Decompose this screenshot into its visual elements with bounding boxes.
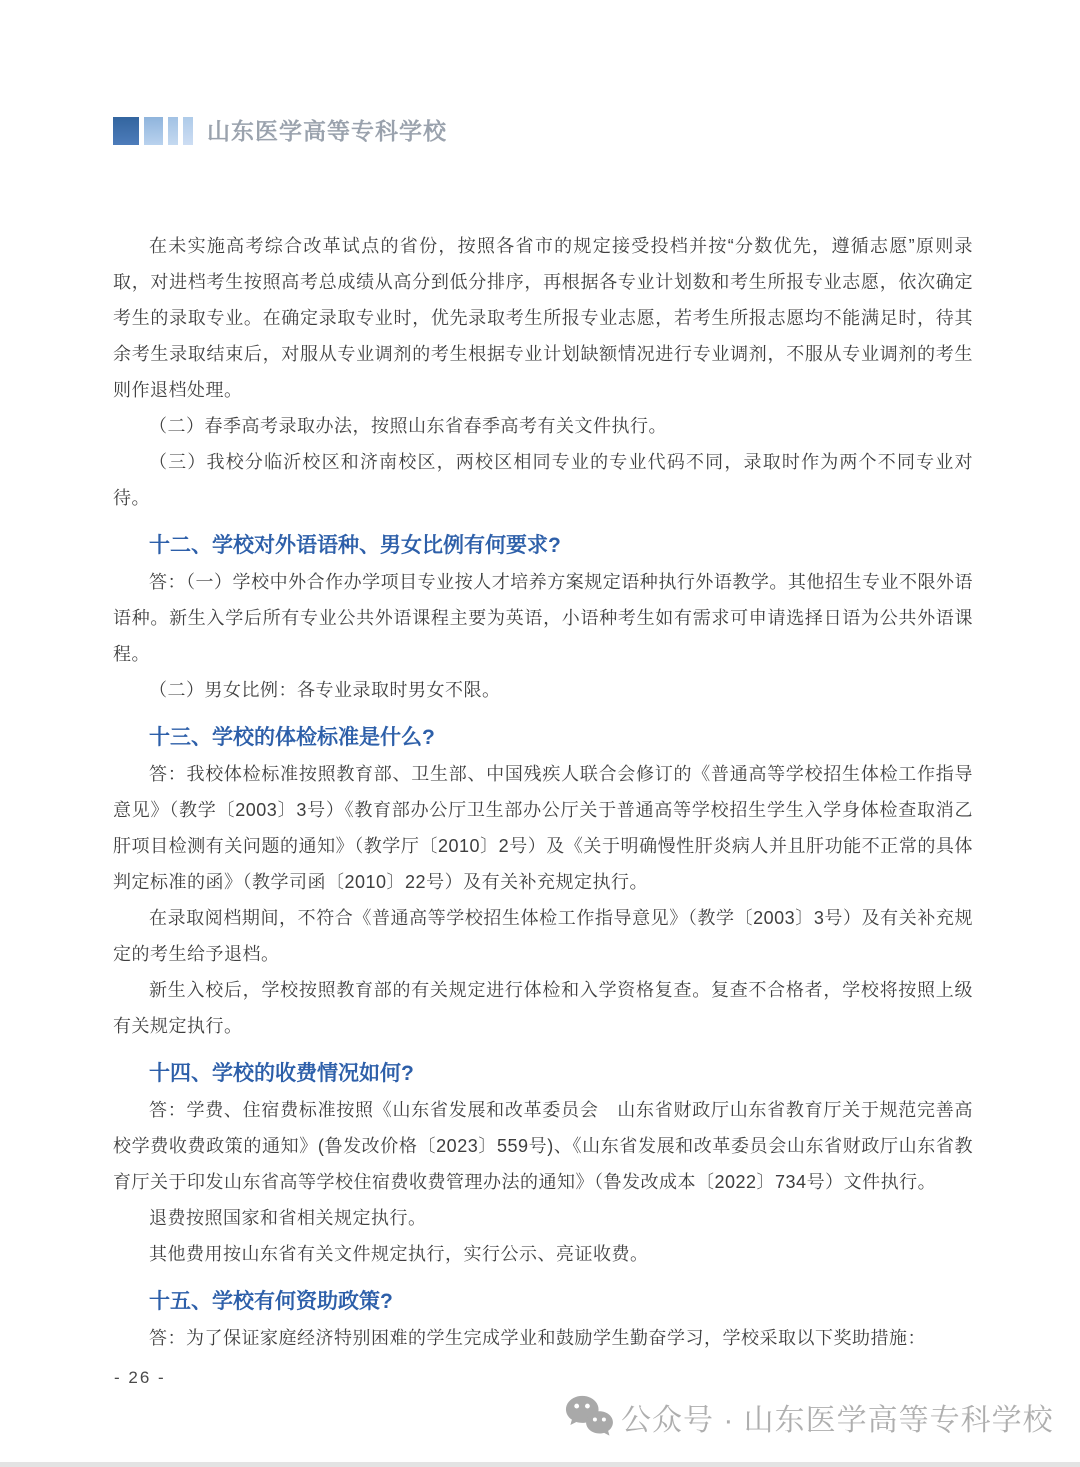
section-heading: 十四、学校的收费情况如何? xyxy=(113,1056,973,1092)
wechat-icon xyxy=(563,1394,613,1440)
watermark-text: 公众号 · 山东医学高等专科学校 xyxy=(621,1395,1054,1439)
school-logo-icon xyxy=(113,117,198,145)
paragraph: 其他费用按山东省有关文件规定执行，实行公示、亮证收费。 xyxy=(113,1236,973,1272)
page-header: 山东医学高等专科学校 xyxy=(113,117,447,145)
section-heading: 十三、学校的体检标准是什么? xyxy=(113,720,973,756)
paragraph: 在未实施高考综合改革试点的省份，按照各省市的规定接受投档并按“分数优先，遵循志愿… xyxy=(113,228,973,408)
document-body: 在未实施高考综合改革试点的省份，按照各省市的规定接受投档并按“分数优先，遵循志愿… xyxy=(113,228,973,1356)
section-heading: 十五、学校有何资助政策? xyxy=(113,1284,973,1320)
faq-section-13: 十三、学校的体检标准是什么? 答：我校体检标准按照教育部、卫生部、中国残疾人联合… xyxy=(113,720,973,1044)
section-heading: 十二、学校对外语语种、男女比例有何要求? xyxy=(113,528,973,564)
paragraph: 答：我校体检标准按照教育部、卫生部、中国残疾人联合会修订的《普通高等学校招生体检… xyxy=(113,756,973,900)
paragraph: 新生入校后，学校按照教育部的有关规定进行体检和入学资格复查。复查不合格者，学校将… xyxy=(113,972,973,1044)
page-number: - 26 - xyxy=(114,1368,166,1388)
school-name: 山东医学高等专科学校 xyxy=(207,117,447,145)
faq-section-15: 十五、学校有何资助政策? 答：为了保证家庭经济特别困难的学生完成学业和鼓励学生勤… xyxy=(113,1284,973,1356)
page-bottom-edge xyxy=(0,1462,1080,1467)
logo-square-3 xyxy=(168,117,178,145)
logo-square-1 xyxy=(113,117,139,145)
logo-square-2 xyxy=(144,117,163,145)
document-page: 山东医学高等专科学校 在未实施高考综合改革试点的省份，按照各省市的规定接受投档并… xyxy=(0,0,1080,1467)
paragraph: 答：（一）学校中外合作办学项目专业按人才培养方案规定语种执行外语教学。其他招生专… xyxy=(113,564,973,672)
logo-square-4 xyxy=(183,117,193,145)
faq-section-14: 十四、学校的收费情况如何? 答：学费、住宿费标准按照《山东省发展和改革委员会 山… xyxy=(113,1056,973,1272)
watermark: 公众号 · 山东医学高等专科学校 xyxy=(563,1394,1054,1440)
paragraph: 答：学费、住宿费标准按照《山东省发展和改革委员会 山东省财政厅山东省教育厅关于规… xyxy=(113,1092,973,1200)
paragraph: （二）春季高考录取办法，按照山东省春季高考有关文件执行。 xyxy=(113,408,973,444)
paragraph: 在录取阅档期间，不符合《普通高等学校招生体检工作指导意见》（教学〔2003〕3号… xyxy=(113,900,973,972)
paragraph: 答：为了保证家庭经济特别困难的学生完成学业和鼓励学生勤奋学习，学校采取以下奖助措… xyxy=(113,1320,973,1356)
paragraph: 退费按照国家和省相关规定执行。 xyxy=(113,1200,973,1236)
paragraph: （二）男女比例：各专业录取时男女不限。 xyxy=(113,672,973,708)
faq-section-12: 十二、学校对外语语种、男女比例有何要求? 答：（一）学校中外合作办学项目专业按人… xyxy=(113,528,973,708)
paragraph: （三）我校分临沂校区和济南校区，两校区相同专业的专业代码不同，录取时作为两个不同… xyxy=(113,444,973,516)
